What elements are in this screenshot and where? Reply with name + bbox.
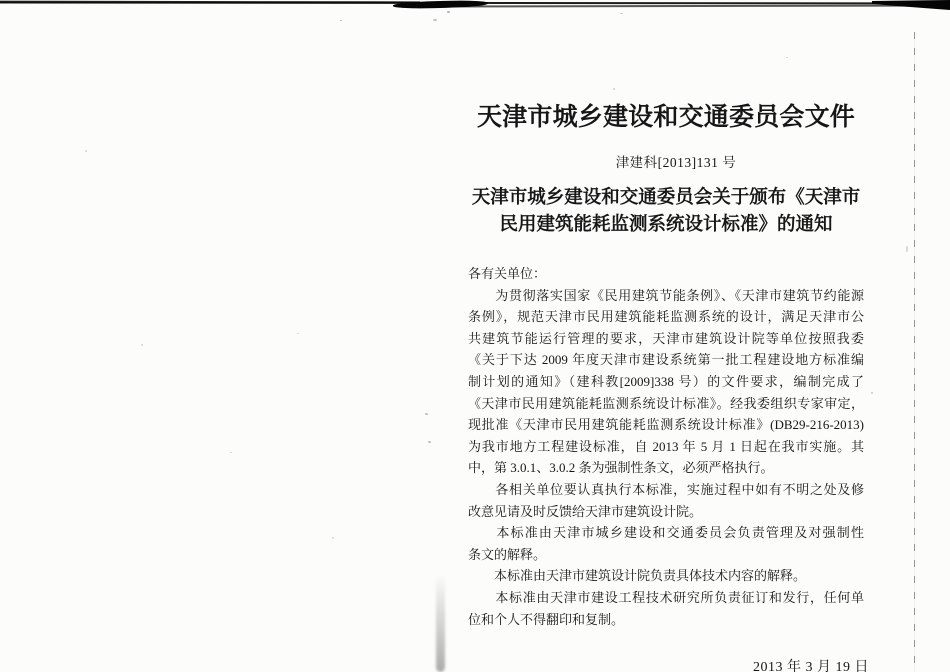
body-line: 条文的解释。 (468, 544, 864, 566)
document-content: 天津市城乡建设和交通委员会文件 津建科[2013]131 号 天津市城乡建设和交… (468, 0, 864, 672)
body-line: 本标准由天津市建设工程技术研究所负责征订和发行，任何单 (468, 587, 864, 609)
scan-speck (433, 19, 437, 21)
scan-speck (297, 333, 299, 334)
body-line: 本标准由天津市建筑设计院负责具体技术内容的解释。 (468, 565, 864, 587)
body-line: 《天津市民用建筑能耗监测系统设计标准》。经我委组织专家审定， (468, 393, 864, 415)
body-line-salutation: 各有关单位： (468, 263, 864, 285)
body-line: 各相关单位要认真执行本标准，实施过程中如有不明之处及修 (468, 479, 864, 501)
body-line: 本标准由天津市城乡建设和交通委员会负责管理及对强制性 (468, 522, 864, 544)
document-number: 津建科[2013]131 号 (478, 151, 874, 171)
body-line: 条例》，规范天津市民用建筑能耗监测系统的设计，满足天津市公 (468, 306, 864, 328)
scan-speck (141, 344, 143, 346)
body-line: 《关于下达 2009 年度天津市建设系统第一批工程建设地方标准编 (468, 349, 864, 371)
page-fold-line (914, 32, 915, 672)
body-line: 现批准《天津市民用建筑能耗监测系统设计标准》(DB29-216-2013) (468, 414, 864, 436)
scan-speck (340, 20, 342, 21)
notice-title-line: 天津市城乡建设和交通委员会关于颁布《天津市 (468, 185, 864, 212)
document-date: 2013 年 3 月 19 日 (753, 658, 869, 672)
scan-speck (447, 11, 450, 13)
body-line: 制计划的通知》（建科教[2009]338 号）的文件要求，编制完成了 (468, 371, 864, 393)
scan-speck (332, 537, 334, 539)
body-line: 位和个人不得翻印和复制。 (468, 609, 864, 631)
scan-speck (85, 150, 87, 152)
body-line: 共建筑节能运行管理的要求，天津市建筑设计院等单位按照我委 (468, 328, 864, 350)
scan-speck (428, 441, 431, 443)
scan-smudge (436, 574, 445, 672)
body-line: 为我市地方工程建设标准，自 2013 年 5 月 1 日起在我市实施。其 (468, 436, 864, 458)
scan-speck (871, 392, 873, 394)
scan-speck (230, 452, 232, 453)
body-line: 中，第 3.0.1、3.0.2 条为强制性条文，必须严格执行。 (468, 457, 864, 479)
scan-speck (425, 413, 428, 415)
body-line: 改意见请及时反馈给天津市建筑设计院。 (468, 501, 864, 523)
notice-body: 各有关单位： 为贯彻落实国家《民用建筑节能条例》、《天津市建筑节约能源 条例》，… (468, 263, 864, 630)
notice-title: 天津市城乡建设和交通委员会关于颁布《天津市 民用建筑能耗监测系统设计标准》的通知 (468, 185, 864, 239)
notice-title-line: 民用建筑能耗监测系统设计标准》的通知 (468, 212, 864, 239)
scan-speck (906, 246, 908, 252)
body-line: 为贯彻落实国家《民用建筑节能条例》、《天津市建筑节约能源 (468, 285, 864, 307)
document-header-title: 天津市城乡建设和交通委员会文件 (468, 97, 864, 133)
scanned-document-page: 天津市城乡建设和交通委员会文件 津建科[2013]131 号 天津市城乡建设和交… (0, 0, 950, 672)
